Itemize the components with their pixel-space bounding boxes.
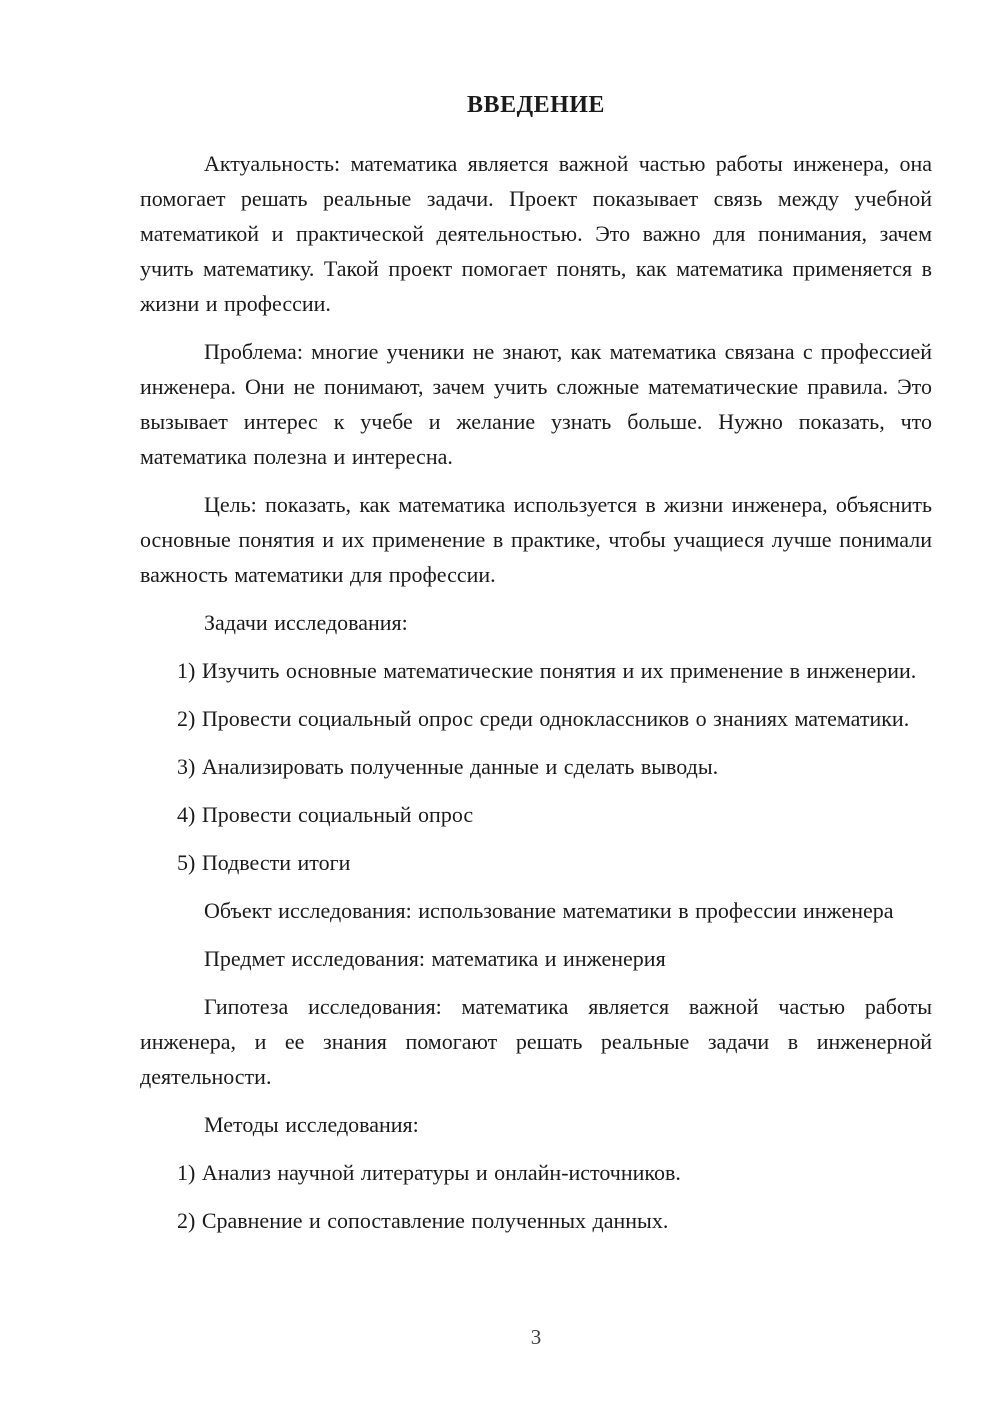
list-item-task-5: 5) Подвести итоги bbox=[140, 845, 932, 880]
page-number: 3 bbox=[140, 1325, 932, 1350]
list-item-method-2: 2) Сравнение и сопоставление полученных … bbox=[140, 1203, 932, 1238]
paragraph-tsel: Цель: показать, как математика используе… bbox=[140, 487, 932, 592]
paragraph-predmet: Предмет исследования: математика и инжен… bbox=[140, 941, 932, 976]
list-item-task-4: 4) Провести социальный опрос bbox=[140, 797, 932, 832]
paragraph-problema: Проблема: многие ученики не знают, как м… bbox=[140, 334, 932, 474]
document-page: ВВЕДЕНИЕ Актуальность: математика являет… bbox=[0, 0, 1000, 1414]
list-item-task-1: 1) Изучить основные математические понят… bbox=[140, 653, 932, 688]
paragraph-obekt: Объект исследования: использование матем… bbox=[140, 893, 932, 928]
paragraph-metody-heading: Методы исследования: bbox=[140, 1107, 932, 1142]
page-title: ВВЕДЕНИЕ bbox=[140, 90, 932, 120]
list-item-method-1: 1) Анализ научной литературы и онлайн-ис… bbox=[140, 1155, 932, 1190]
paragraph-aktualnost: Актуальность: математика является важной… bbox=[140, 146, 932, 321]
paragraph-zadachi-heading: Задачи исследования: bbox=[140, 605, 932, 640]
list-item-task-2: 2) Провести социальный опрос среди однок… bbox=[140, 701, 932, 736]
list-item-task-3: 3) Анализировать полученные данные и сде… bbox=[140, 749, 932, 784]
paragraph-gipoteza: Гипотеза исследования: математика являет… bbox=[140, 989, 932, 1094]
